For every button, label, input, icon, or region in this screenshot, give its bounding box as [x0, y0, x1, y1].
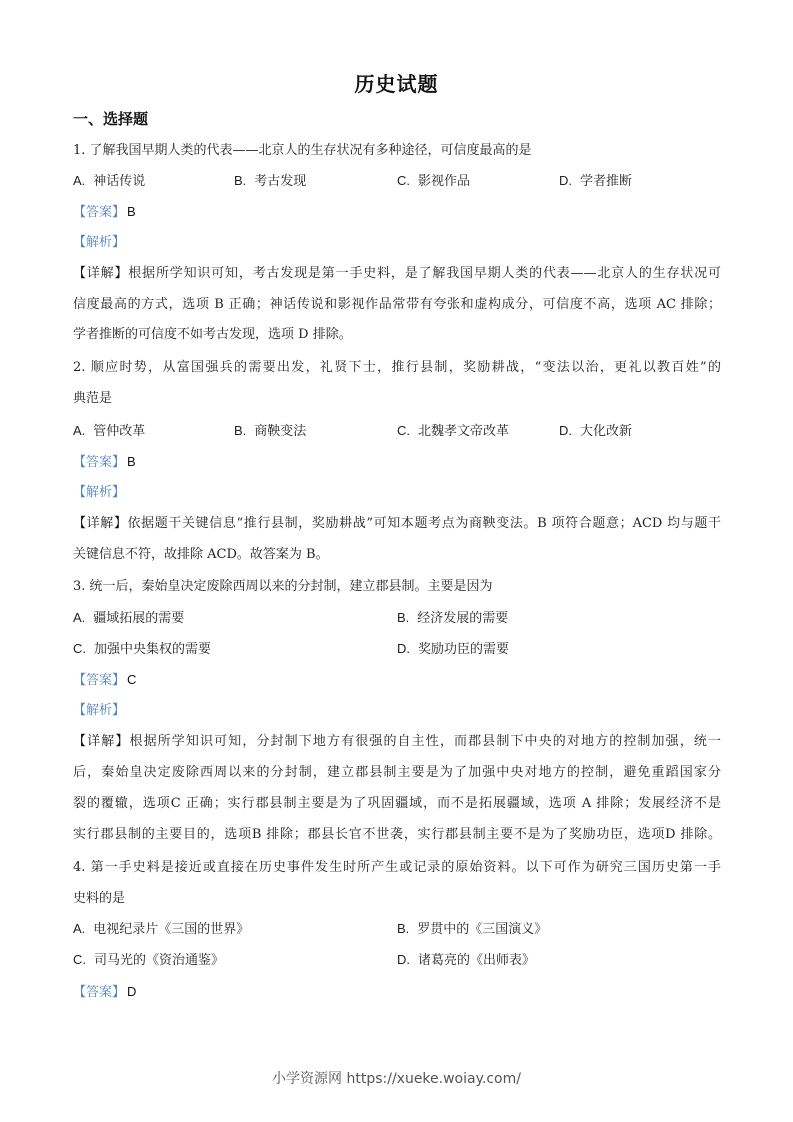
detail-text: 依据题干关键信息“推行县制，奖励耕战”可知本题考点为商鞅变法。B 项符合题意；A…: [128, 516, 721, 531]
detail-label: 【详解】: [73, 734, 129, 749]
q2-option-c: C.北魏孝文帝改革: [397, 422, 509, 441]
question-1-stem: 1. 了解我国早期人类的代表——北京人的生存状况有多种途径，可信度最高的是: [73, 142, 532, 160]
question-stem-text: 了解我国早期人类的代表——北京人的生存状况有多种途径，可信度最高的是: [90, 143, 532, 158]
option-text: 神话传说: [93, 174, 145, 189]
option-letter: D.: [559, 173, 572, 188]
question-2-stem-line-1: 2. 顺应时势，从富国强兵的需要出发，礼贤下士，推行县制，奖励耕战，“变法以治，…: [73, 359, 721, 377]
answer-value: D: [127, 984, 136, 999]
option-letter: A.: [73, 921, 85, 936]
question-4-stem-line-2: 史料的是: [73, 890, 125, 908]
option-text: 学者推断: [580, 174, 632, 189]
document-page: 历史试题 一、选择题 1. 了解我国早期人类的代表——北京人的生存状况有多种途径…: [0, 0, 793, 1122]
option-letter: B.: [397, 610, 409, 625]
detail-label: 【详解】: [73, 516, 128, 531]
option-text: 影视作品: [418, 174, 470, 189]
q4-answer: 【答案】D: [73, 983, 136, 1002]
option-letter: A.: [73, 173, 85, 188]
q4-option-b: B.罗贯中的《三国演义》: [397, 920, 547, 939]
option-text: 电视纪录片《三国的世界》: [93, 922, 249, 937]
answer-label: 【答案】: [73, 205, 125, 220]
option-letter: C.: [73, 641, 86, 656]
q1-detail-line-2: 信度最高的方式，选项 B 正确；神话传说和影视作品常带有夸张和虚构成分，可信度不…: [73, 296, 721, 314]
q1-detail-line-1: 【详解】根据所学知识可知，考古发现是第一手史料，是了解我国早期人类的代表——北京…: [73, 265, 721, 283]
option-letter: A.: [73, 610, 85, 625]
option-text: 北魏孝文帝改革: [418, 424, 509, 439]
q4-option-a: A.电视纪录片《三国的世界》: [73, 920, 249, 939]
q3-detail-line-1: 【详解】根据所学知识可知，分封制下地方有很强的自主性，而郡县制下中央的对地方的控…: [73, 733, 721, 751]
detail-text: 根据所学知识可知，分封制下地方有很强的自主性，而郡县制下中央的对地方的控制加强，…: [129, 734, 721, 749]
question-2-stem-line-2: 典范是: [73, 390, 112, 408]
answer-label: 【答案】: [73, 673, 125, 688]
option-letter: B.: [234, 423, 246, 438]
option-letter: D.: [397, 641, 410, 656]
q3-detail-line-4: 实行郡县制的主要目的，选项B 排除；郡县长官不世袭，实行郡县制主要不是为了奖励功…: [73, 826, 721, 844]
option-text: 罗贯中的《三国演义》: [417, 922, 547, 937]
option-letter: C.: [73, 952, 86, 967]
question-stem-text: 第一手史料是接近或直接在历史事件发生时所产生或记录的原始资料。以下可作为研究三国…: [91, 860, 721, 875]
question-4-stem-line-1: 4. 第一手史料是接近或直接在历史事件发生时所产生或记录的原始资料。以下可作为研…: [73, 859, 721, 877]
option-letter: B.: [397, 921, 409, 936]
q1-detail-line-3: 学者推断的可信度不如考古发现，选项 D 排除。: [73, 326, 352, 344]
q3-detail-line-3: 裂的覆辙，选项C 正确；实行郡县制主要是为了巩固疆域，而不是拓展疆域，选项 A …: [73, 795, 721, 813]
q4-option-c: C.司马光的《资治通鉴》: [73, 951, 224, 970]
q3-option-b: B.经济发展的需要: [397, 609, 508, 628]
question-number: 2.: [73, 360, 85, 375]
q2-answer: 【答案】B: [73, 453, 136, 472]
option-letter: D.: [397, 952, 410, 967]
option-letter: C.: [397, 423, 410, 438]
option-letter: B.: [234, 173, 246, 188]
q3-detail-line-2: 后，秦始皇决定废除西周以来的分封制，建立郡县制主要是为了加强中央对地方的控制，避…: [73, 764, 721, 782]
detail-text: 根据所学知识可知，考古发现是第一手史料，是了解我国早期人类的代表——北京人的生存…: [128, 266, 721, 281]
footer-watermark: 小学资源网 https://xueke.woiay.com/: [0, 1068, 793, 1088]
option-text: 管仲改革: [93, 424, 145, 439]
q2-option-b: B.商鞅变法: [234, 422, 306, 441]
question-stem-text: 统一后，秦始皇决定废除西周以来的分封制，建立郡县制。主要是因为: [90, 579, 493, 594]
document-title: 历史试题: [0, 68, 793, 97]
answer-value: B: [127, 454, 136, 469]
answer-label: 【答案】: [73, 455, 125, 470]
option-text: 司马光的《资治通鉴》: [94, 953, 224, 968]
q2-option-d: D.大化改新: [559, 422, 632, 441]
question-stem-text: 顺应时势，从富国强兵的需要出发，礼贤下士，推行县制，奖励耕战，“变法以治，更礼以…: [91, 360, 721, 375]
q1-option-a: A.神话传说: [73, 172, 145, 191]
q4-option-d: D.诸葛亮的《出师表》: [397, 951, 535, 970]
option-text: 疆域拓展的需要: [93, 611, 184, 626]
analysis-label: 【解析】: [73, 485, 125, 500]
q1-analysis-label: 【解析】: [73, 234, 125, 252]
analysis-label: 【解析】: [73, 235, 125, 250]
q3-answer: 【答案】C: [73, 671, 136, 690]
q2-detail-line-2: 关键信息不符，故排除 ACD。故答案为 B。: [73, 546, 329, 564]
q3-analysis-label: 【解析】: [73, 702, 125, 720]
answer-value: C: [127, 672, 136, 687]
detail-label: 【详解】: [73, 266, 128, 281]
option-text: 加强中央集权的需要: [94, 642, 211, 657]
option-text: 大化改新: [580, 424, 632, 439]
q3-option-d: D.奖励功臣的需要: [397, 640, 509, 659]
q2-detail-line-1: 【详解】依据题干关键信息“推行县制，奖励耕战”可知本题考点为商鞅变法。B 项符合…: [73, 515, 721, 533]
question-number: 1.: [73, 143, 85, 158]
question-number: 4.: [73, 860, 85, 875]
option-text: 经济发展的需要: [417, 611, 508, 626]
option-text: 商鞅变法: [254, 424, 306, 439]
q1-option-c: C.影视作品: [397, 172, 470, 191]
q1-option-b: B.考古发现: [234, 172, 306, 191]
q1-answer: 【答案】B: [73, 203, 136, 222]
question-number: 3.: [73, 579, 85, 594]
analysis-label: 【解析】: [73, 703, 125, 718]
answer-value: B: [127, 204, 136, 219]
option-text: 诸葛亮的《出师表》: [418, 953, 535, 968]
option-text: 考古发现: [254, 174, 306, 189]
question-3-stem: 3. 统一后，秦始皇决定废除西周以来的分封制，建立郡县制。主要是因为: [73, 578, 493, 596]
q2-analysis-label: 【解析】: [73, 484, 125, 502]
q2-option-a: A.管仲改革: [73, 422, 145, 441]
option-letter: A.: [73, 423, 85, 438]
q3-option-a: A.疆域拓展的需要: [73, 609, 184, 628]
answer-label: 【答案】: [73, 985, 125, 1000]
option-text: 奖励功臣的需要: [418, 642, 509, 657]
option-letter: D.: [559, 423, 572, 438]
section-heading: 一、选择题: [73, 108, 148, 129]
q1-option-d: D.学者推断: [559, 172, 632, 191]
option-letter: C.: [397, 173, 410, 188]
q3-option-c: C.加强中央集权的需要: [73, 640, 211, 659]
